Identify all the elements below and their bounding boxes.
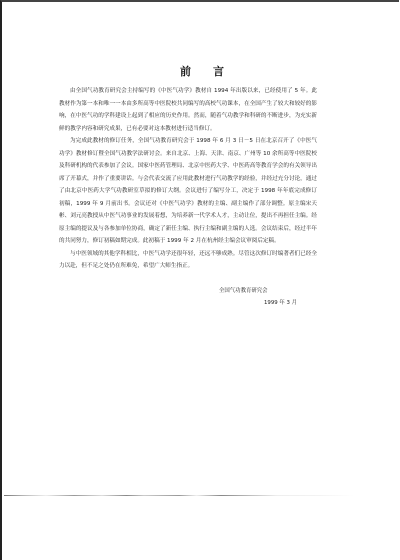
document-page: 前言 由全国气功教育研究会主持编写的《中医气功学》教材自 1994 年出版以来，… [0,0,399,560]
paragraph-1: 由全国气功教育研究会主持编写的《中医气功学》教材自 1994 年出版以来，已经使… [59,85,317,135]
page-title: 前言 [2,63,400,79]
preface-body: 由全国气功教育研究会主持编写的《中医气功学》教材自 1994 年出版以来，已经使… [59,85,317,273]
paragraph-2: 为完成此教材的修订任务，全国气功教育研究会于 1998 年 6 月 3 日－5 … [59,135,317,248]
title-char-1: 前 [180,65,191,78]
signature-date: 1999 年 3 月 [264,298,297,306]
paragraph-3: 与中医领域的其他学科相比，中医气功学还很年轻，还远不够成熟。尽管这次修订时编著者… [59,248,317,273]
title-char-2: 言 [213,65,224,78]
signature-organization: 全国气功教育研究会 [219,285,268,297]
scan-artifact-line [4,495,354,496]
